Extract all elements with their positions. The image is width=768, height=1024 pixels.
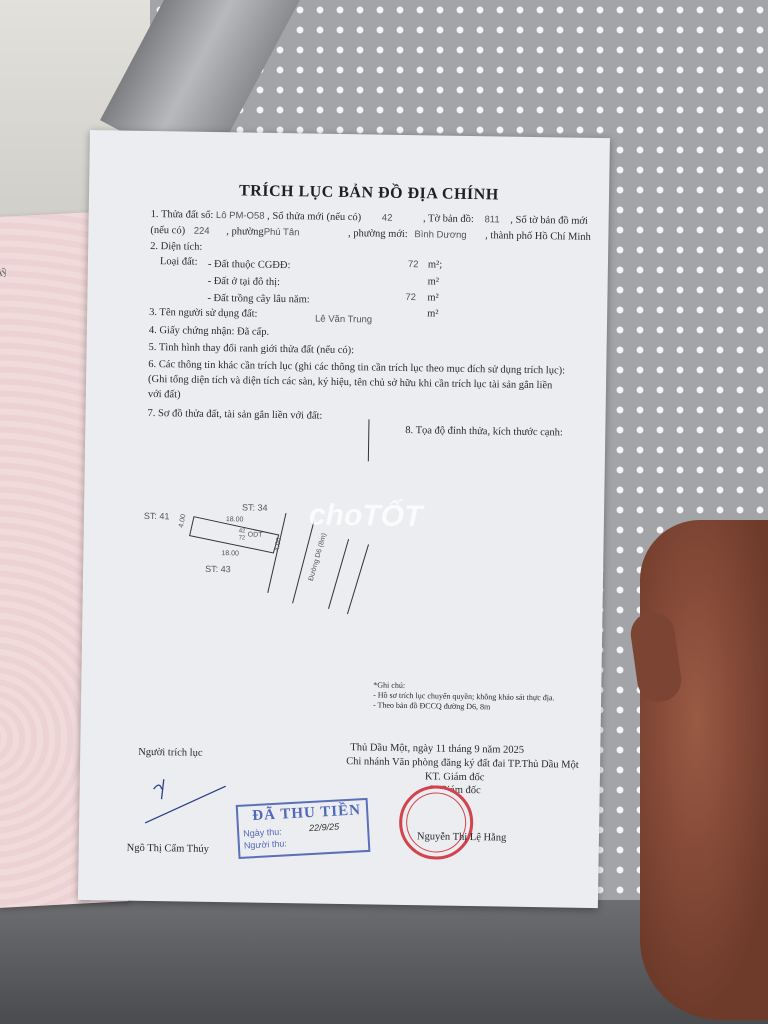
item4-certificate: 4. Giấy chứng nhận: Đã cấp. <box>149 325 269 338</box>
notes-line-2: - Theo bản đồ ĐCCQ đường D6, 8m <box>373 701 490 712</box>
land-user-name: Lê Văn Trung <box>315 314 372 326</box>
paid-stamp-title: ĐÃ THU TIỀN <box>252 802 362 825</box>
edge-top-length: 18.00 <box>226 516 244 523</box>
new-map-sheet-number: 224 <box>194 226 210 237</box>
extractor-label: Người trích lục <box>138 747 202 759</box>
signer-name: Nguyễn Thị Lệ Hằng <box>417 831 506 843</box>
extractor-name: Ngô Thị Cẩm Thúy <box>127 843 209 855</box>
item6-note-line1: (Ghi tổng diện tích và diện tích các sàn… <box>148 374 552 391</box>
ward: Phú Tân <box>264 227 300 239</box>
issuing-office: Chi nhánh Văn phòng đăng ký đất đai TP.T… <box>346 756 579 771</box>
area-row-3-unit: m² <box>427 292 438 303</box>
item7-sketch-label: 7. Sơ đồ thửa đất, tài sản gắn liền với … <box>147 408 322 422</box>
item6-note-line2: với đất) <box>148 389 181 401</box>
place-and-date: Thủ Dầu Một, ngày 11 tháng 9 năm 2025 <box>350 742 524 756</box>
item1-line2: (nếu có) 224 , phườngPhú Tân , phường mớ… <box>150 225 591 243</box>
area-row-1-unit: m²; <box>428 259 442 270</box>
land-code-label: ODT <box>248 532 263 539</box>
document-title: TRÍCH LỤC BẢN ĐỒ ĐỊA CHÍNH <box>239 182 499 204</box>
area-row-4-unit: m² <box>427 308 438 319</box>
chotot-watermark: choTỐT <box>309 498 423 534</box>
land-type-label: Loại đất: <box>160 256 198 268</box>
item8-coordinates-label: 8. Tọa độ đỉnh thửa, kích thước cạnh: <box>405 425 563 438</box>
parcel-number: Lô PM-O58 <box>216 210 265 222</box>
item1-line1: 1. Thửa đất số: Lô PM-O58 , Số thửa mới … <box>151 209 588 227</box>
paid-stamp-date-label: Ngày thu: <box>243 827 282 839</box>
new-ward: Bình Dương <box>414 229 466 241</box>
notes-heading: *Ghi chú: <box>373 681 405 690</box>
neighbor-left: ST: 41 <box>144 511 170 521</box>
pink-paper-label: c Phú Mỹ <box>0 266 9 290</box>
item2-label: 2. Diện tích: <box>150 241 202 253</box>
area-row-2-label: - Đất ở tại đô thị: <box>208 276 281 288</box>
area-row-3-value: 72 <box>405 292 416 303</box>
extractor-signature <box>139 771 230 832</box>
paid-stamp-date-value: 22/9/25 <box>309 821 340 833</box>
neighbor-top: ST: 34 <box>242 502 268 512</box>
parcel-area-label: 72 <box>239 535 246 541</box>
north-arrow <box>368 419 370 461</box>
hand <box>640 520 768 1020</box>
area-row-1-label: - Đất thuộc CGĐĐ: <box>208 259 291 271</box>
official-red-seal <box>399 785 474 860</box>
area-row-1-value: 72 <box>408 259 419 270</box>
new-parcel-number: 42 <box>382 213 393 224</box>
neighbor-bottom: ST: 43 <box>205 564 231 574</box>
paid-stamp-collector-label: Người thu: <box>244 838 287 850</box>
cadastral-extract-document: TRÍCH LỤC BẢN ĐỒ ĐỊA CHÍNH 1. Thửa đất s… <box>78 130 610 908</box>
director-line: KT. Giám đốc <box>425 771 485 783</box>
edge-bottom-length: 18.00 <box>221 550 239 557</box>
map-sheet-number: 811 <box>484 214 499 225</box>
area-row-2-unit: m² <box>428 276 439 287</box>
item5-boundary-change: 5. Tình hình thay đổi ranh giới thửa đất… <box>149 342 355 356</box>
item3-label: 3. Tên người sử dụng đất: <box>149 307 257 320</box>
parcel-number-label: 42 <box>239 528 246 534</box>
item6-other-info: 6. Các thông tin khác cần trích lục (ghi… <box>148 359 565 377</box>
paid-stamp: ĐÃ THU TIỀN Ngày thu: 22/9/25 Người thu: <box>236 798 371 859</box>
area-row-3-label: - Đất trồng cây lâu năm: <box>207 293 310 306</box>
